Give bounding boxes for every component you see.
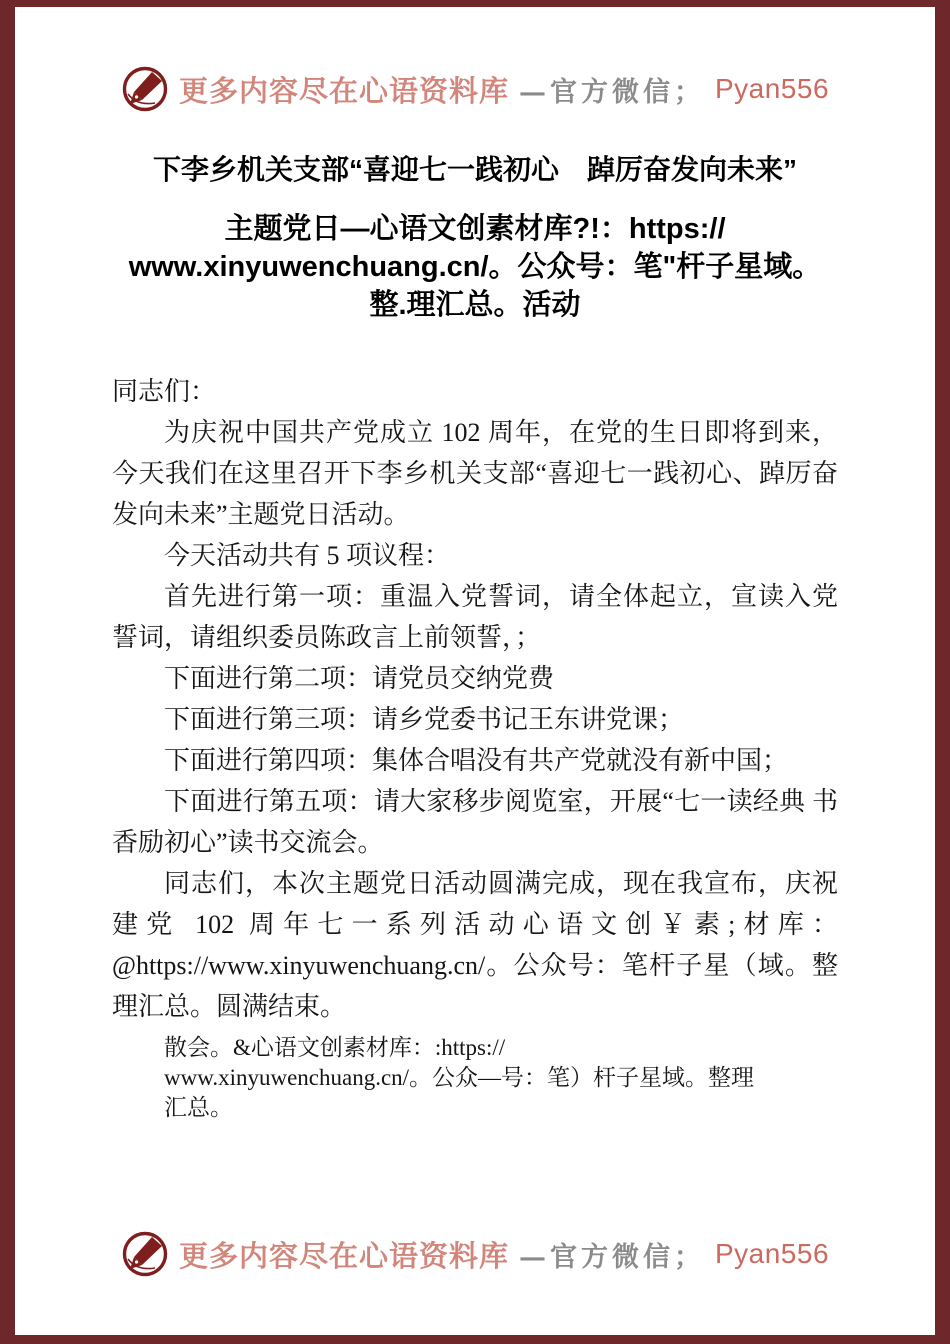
- paragraph: 下面进行第二项：请党员交纳党费: [112, 658, 838, 699]
- footer-watermark: 更多内容尽在心语资料库—官方微信；Pyan556: [15, 1230, 935, 1278]
- watermark-brand-text: 更多内容尽在心语资料库: [179, 69, 509, 110]
- closing-line: 汇总。: [164, 1093, 838, 1123]
- title-line: www.xinyuwenchuang.cn/。公众号：笔"杆子星域。: [15, 248, 935, 286]
- paragraph: 下面进行第五项：请大家移步阅览室，开展“七一读经典 书香励初心”读书交流会。: [112, 781, 838, 863]
- paragraph: 同志们，本次主题党日活动圆满完成，现在我宣布，庆祝建党 102 周年七一系列活动…: [112, 863, 838, 1027]
- watermark-wechat-id: Pyan556: [715, 1238, 829, 1270]
- watermark-brand-text: 更多内容尽在心语资料库: [179, 1234, 509, 1275]
- closing-line: www.xinyuwenchuang.cn/。公众—号：笔）杆子星域。整理: [164, 1063, 838, 1093]
- title-line: 整.理汇总。活动: [15, 286, 935, 324]
- document-title-line1: 下李乡机关支部“喜迎七一践初心 踔厉奋发向未来”: [15, 148, 935, 188]
- brand-pen-logo-icon: [121, 1230, 169, 1278]
- closing-line: 散会。&心语文创素材库：:https://: [164, 1033, 838, 1063]
- brand-pen-logo-icon: [121, 65, 169, 113]
- document-page: 更多内容尽在心语资料库—官方微信；Pyan556 下李乡机关支部“喜迎七一践初心…: [15, 7, 935, 1335]
- paragraph: 下面进行第三项：请乡党委书记王东讲党课；: [112, 699, 838, 740]
- paragraph: 同志们：: [112, 371, 838, 412]
- closing-paragraph: 散会。&心语文创素材库：:https:// www.xinyuwenchuang…: [164, 1033, 838, 1123]
- paragraph: 为庆祝中国共产党成立 102 周年，在党的生日即将到来，今天我们在这里召开下李乡…: [112, 412, 838, 535]
- document-body: 同志们： 为庆祝中国共产党成立 102 周年，在党的生日即将到来，今天我们在这里…: [112, 371, 838, 1123]
- document-page-view: { "page": { "frame_color": "#6e272b", "p…: [0, 0, 950, 1344]
- watermark-label-text: —官方微信；: [519, 1235, 705, 1274]
- paragraph: 下面进行第四项：集体合唱没有共产党就没有新中国；: [112, 740, 838, 781]
- document-title-block: 主题党日—心语文创素材库?!：https:// www.xinyuwenchua…: [15, 210, 935, 324]
- header-watermark: 更多内容尽在心语资料库—官方微信；Pyan556: [15, 65, 935, 113]
- watermark-wechat-id: Pyan556: [715, 73, 829, 105]
- paragraph: 首先进行第一项：重温入党誓词，请全体起立，宣读入党誓词，请组织委员陈政言上前领誓…: [112, 576, 838, 658]
- title-line: 主题党日—心语文创素材库?!：https://: [15, 210, 935, 248]
- watermark-label-text: —官方微信；: [519, 70, 705, 109]
- paragraph: 今天活动共有 5 项议程：: [112, 535, 838, 576]
